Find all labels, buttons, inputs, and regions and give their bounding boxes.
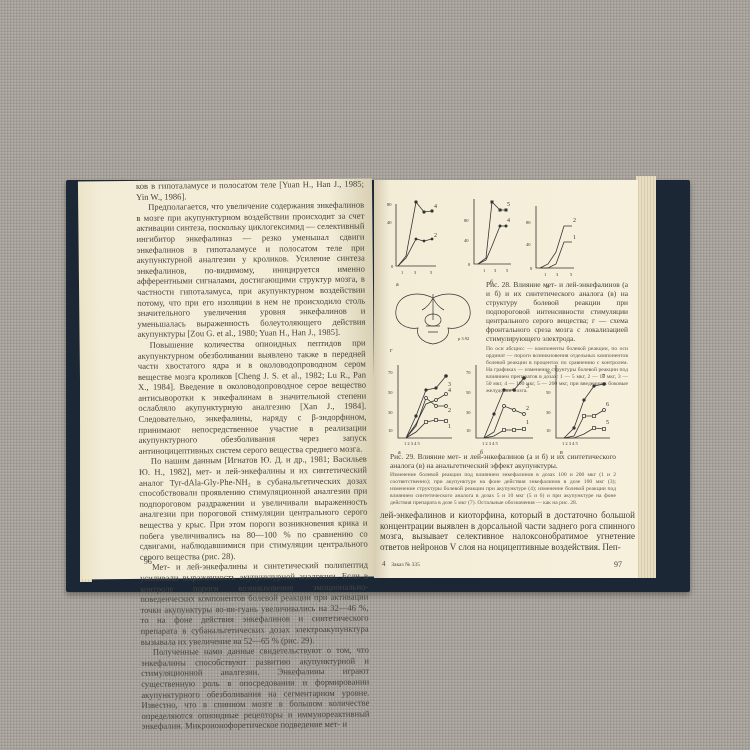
svg-text:1: 1 xyxy=(526,420,529,426)
svg-text:5: 5 xyxy=(506,268,509,273)
svg-text:3: 3 xyxy=(526,384,529,390)
left-page-text: ков в гипоталамусе и полосатом теле [Yua… xyxy=(136,179,370,732)
svg-text:2: 2 xyxy=(526,406,529,412)
svg-text:70: 70 xyxy=(546,370,551,375)
svg-text:5: 5 xyxy=(570,272,573,277)
svg-text:3: 3 xyxy=(414,270,417,275)
svg-text:1: 1 xyxy=(483,268,485,273)
figure-29-graphs: 3421 321 765 70503010 70503010 70503010 … xyxy=(388,360,624,456)
svg-text:1 2 3 4 5: 1 2 3 4 5 xyxy=(482,441,499,446)
caption-note: Изменение болевой реакции под влиянием э… xyxy=(390,472,616,507)
svg-text:30: 30 xyxy=(466,410,471,415)
svg-text:40: 40 xyxy=(464,238,469,243)
svg-text:1 2 3 4 5: 1 2 3 4 5 xyxy=(562,441,579,446)
paragraph: Полученные нами данные свидетельствуют о… xyxy=(141,645,370,732)
svg-text:2: 2 xyxy=(573,218,576,224)
svg-text:0: 0 xyxy=(530,266,533,271)
svg-text:30: 30 xyxy=(388,410,393,415)
svg-text:6: 6 xyxy=(606,402,609,408)
svg-text:2: 2 xyxy=(434,233,437,239)
svg-text:1: 1 xyxy=(401,270,403,275)
right-page-text: лей-энкефалинов и киоторфина, который в … xyxy=(380,510,635,552)
svg-text:2: 2 xyxy=(448,408,451,414)
svg-text:4: 4 xyxy=(507,218,510,224)
caption-title: Рис. 29. Влияние мет- и лей-энкефалинов … xyxy=(390,452,616,470)
panel-label: г xyxy=(390,348,393,354)
svg-text:70: 70 xyxy=(388,370,393,375)
svg-text:0: 0 xyxy=(468,262,471,267)
page-number-right: 97 xyxy=(614,560,622,569)
svg-text:10: 10 xyxy=(466,428,471,433)
panel-label: а xyxy=(396,282,399,288)
svg-text:50: 50 xyxy=(546,390,551,395)
paragraph: лей-энкефалинов и киоторфина, который в … xyxy=(380,510,635,552)
diagram-label: р 3.92 xyxy=(458,336,469,341)
paragraph: Повышение количества опиоидных пептидов … xyxy=(138,337,367,456)
svg-text:5: 5 xyxy=(430,270,433,275)
svg-text:4: 4 xyxy=(434,204,437,210)
brain-section-diagram: г р 3.92 xyxy=(388,290,478,356)
svg-text:3: 3 xyxy=(494,268,497,273)
svg-text:80: 80 xyxy=(464,218,469,223)
print-order: Заказ № 335 xyxy=(391,562,420,568)
svg-text:5: 5 xyxy=(606,420,609,426)
paragraph: ков в гипоталамусе и полосатом теле [Yua… xyxy=(136,179,364,203)
left-page: ков в гипоталамусе и полосатом теле [Yua… xyxy=(78,178,376,579)
page-number-left: 96 xyxy=(144,557,152,566)
right-page: 42 54 21 40800 80400 80400 135 135 135 а… xyxy=(374,180,638,578)
caption-title: Рис. 28. Влияние мет- и лей-энкефалинов … xyxy=(486,280,628,343)
svg-text:80: 80 xyxy=(387,202,392,207)
signature-number: 4 xyxy=(382,560,386,568)
svg-text:50: 50 xyxy=(388,390,393,395)
svg-text:5: 5 xyxy=(507,202,510,208)
svg-text:4: 4 xyxy=(448,388,451,394)
svg-text:10: 10 xyxy=(546,428,551,433)
paragraph: Мет- и лей-энкефалины и синтетический по… xyxy=(140,560,369,647)
svg-text:80: 80 xyxy=(526,220,531,225)
svg-text:0: 0 xyxy=(391,264,394,269)
svg-text:10: 10 xyxy=(388,428,393,433)
figure-29-caption: Рис. 29. Влияние мет- и лей-энкефалинов … xyxy=(390,452,616,507)
svg-text:1 2 3 4 5: 1 2 3 4 5 xyxy=(404,441,421,446)
paragraph: Предполагается, что увеличение содержани… xyxy=(136,200,365,340)
page-edges-right xyxy=(636,176,656,578)
svg-text:1: 1 xyxy=(544,272,546,277)
svg-text:3: 3 xyxy=(556,272,559,277)
svg-text:1: 1 xyxy=(573,235,576,241)
svg-text:40: 40 xyxy=(387,220,392,225)
svg-text:70: 70 xyxy=(466,370,471,375)
figure-28-graphs: 42 54 21 40800 80400 80400 135 135 135 а… xyxy=(386,194,616,294)
svg-text:7: 7 xyxy=(602,374,605,380)
svg-text:1: 1 xyxy=(448,424,451,430)
svg-text:50: 50 xyxy=(466,390,471,395)
signature-mark: 4 Заказ № 335 xyxy=(382,560,420,568)
svg-text:40: 40 xyxy=(526,242,531,247)
svg-text:30: 30 xyxy=(546,410,551,415)
paragraph: По нашим данным [Игнатов Ю. Д. и др., 19… xyxy=(139,454,368,562)
